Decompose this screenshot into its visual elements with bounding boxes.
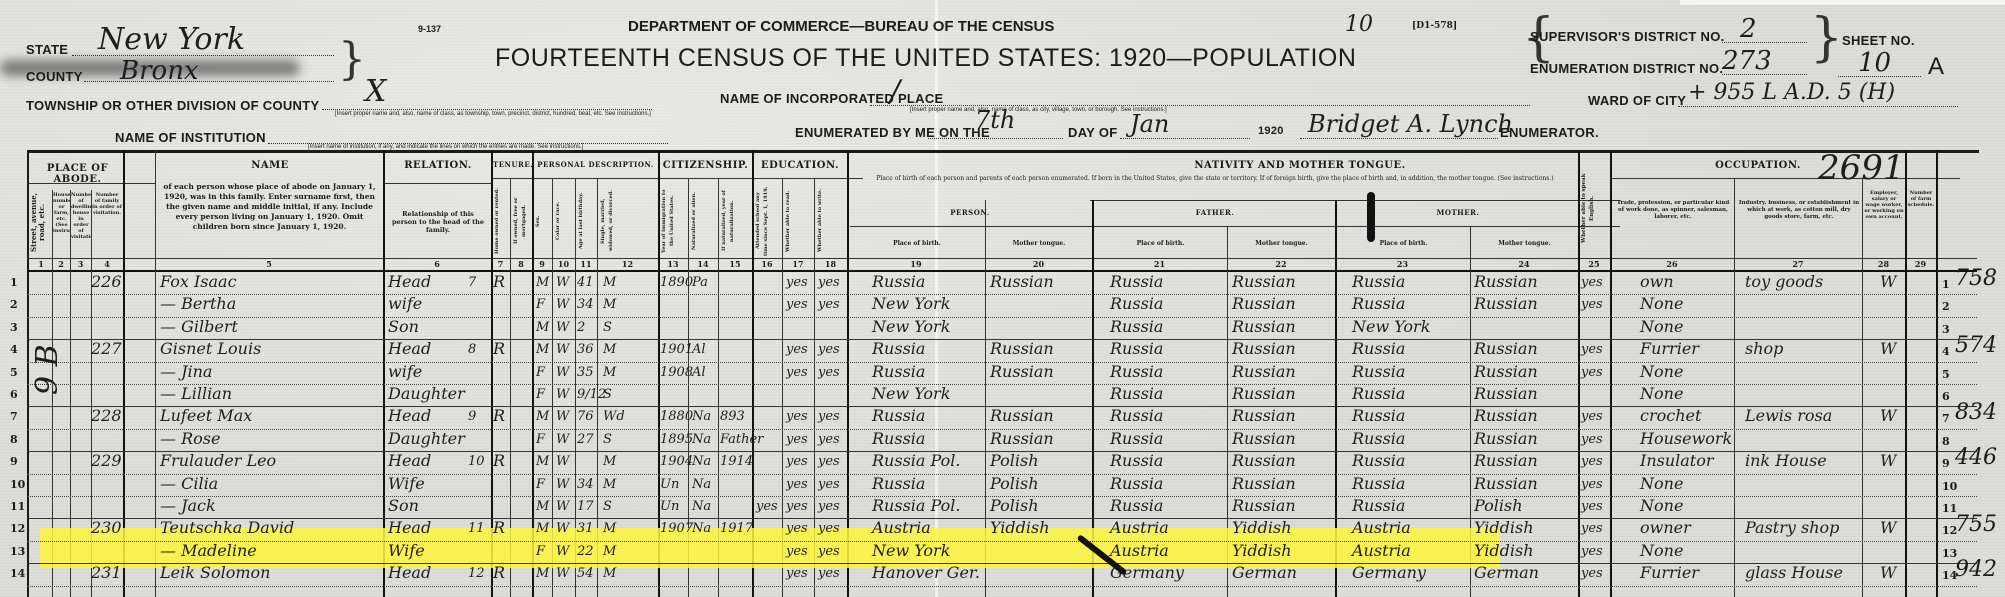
page-title: FOURTEENTH CENSUS OF THE UNITED STATES: … — [495, 44, 1356, 73]
state-label: STATE — [26, 42, 68, 57]
line-number: 2 — [10, 298, 18, 311]
father-mother-tongue: Russian — [1232, 294, 1296, 313]
col-12-header: Single, married, widowed, or divorced. — [599, 186, 655, 256]
mother-tongue: Russian — [990, 272, 1054, 291]
mother-birthplace: Russia — [1352, 294, 1405, 313]
line-number: 14 — [10, 567, 25, 580]
col-num: 7 — [491, 259, 510, 269]
col-num: 29 — [1905, 259, 1936, 269]
occupation-trade: Housework — [1640, 429, 1732, 448]
birthplace: Russia — [872, 474, 925, 493]
township-label: TOWNSHIP OR OTHER DIVISION OF COUNTY — [26, 98, 319, 113]
person-name: Fox Isaac — [160, 272, 237, 291]
father-birthplace: Austria — [1110, 541, 1169, 560]
col-num: 27 — [1734, 259, 1862, 269]
father-mother-tongue: Russian — [1232, 451, 1296, 470]
age: 76 — [577, 409, 594, 424]
race: W — [556, 432, 569, 447]
enumerated-year: 1920 — [1258, 125, 1284, 137]
nativity-sub-rule — [850, 226, 1620, 227]
ink-blot — [1367, 192, 1375, 242]
sex: F — [536, 432, 545, 447]
col-num: 16 — [752, 259, 782, 269]
marital-status: M — [603, 544, 616, 559]
can-write: yes — [818, 432, 840, 447]
mother-birthplace: Russia — [1352, 429, 1405, 448]
naturalization-status: Na — [692, 454, 711, 469]
can-read: yes — [786, 297, 808, 312]
mother-tongue: Russian — [990, 362, 1054, 381]
can-write: yes — [818, 297, 840, 312]
father-mother-tongue: Russian — [1232, 317, 1296, 336]
relation-mark: 9 — [468, 409, 476, 424]
can-write: yes — [818, 454, 840, 469]
form-number: 9-137 — [418, 24, 441, 34]
col-num: 20 — [985, 259, 1092, 269]
occupation-trade: owner — [1640, 518, 1691, 537]
mother-mother-tongue: Yiddish — [1474, 518, 1534, 537]
mother-tongue: Polish — [990, 496, 1039, 515]
line-number: 10 — [10, 478, 25, 491]
line-number: 12 — [10, 522, 25, 535]
worker-class: W — [1880, 339, 1896, 358]
age: 9/12 — [577, 387, 606, 402]
line-number: 8 — [10, 433, 18, 446]
ward-label: WARD OF CITY — [1588, 93, 1686, 108]
col-num: 19 — [847, 259, 985, 269]
scan-edge — [1680, 0, 2005, 5]
speaks-english: yes — [1581, 297, 1603, 312]
marital-status: M — [603, 342, 616, 357]
occupation-trade: None — [1640, 541, 1683, 560]
birthplace: Russia Pol. — [872, 496, 960, 515]
row-rule — [27, 384, 1977, 385]
occupation-trade: None — [1640, 474, 1683, 493]
col-num: 6 — [383, 259, 491, 269]
form-code: [D1-578] — [1412, 21, 1457, 31]
race: W — [556, 275, 569, 290]
relation: Head — [388, 518, 431, 537]
section-person: PERSON. — [850, 208, 1090, 217]
right-line-number: 6 — [1942, 390, 1950, 403]
line-number: 13 — [10, 545, 25, 558]
age: 27 — [577, 432, 594, 447]
col-11-header: Age at last birthday. — [577, 186, 595, 256]
col-10-header: Color or race. — [554, 186, 574, 256]
relation: Head — [388, 451, 431, 470]
father-birthplace: Russia — [1110, 451, 1163, 470]
naturalization-status: Na — [692, 432, 711, 447]
mother-tongue: Russian — [990, 429, 1054, 448]
birthplace: Russia — [872, 362, 925, 381]
can-read: yes — [786, 454, 808, 469]
mother-birthplace: Russia — [1352, 474, 1405, 493]
mother-mother-tongue: Russian — [1474, 474, 1538, 493]
can-read: yes — [786, 521, 808, 536]
col-num: 13 — [658, 259, 688, 269]
person-name: Leik Solomon — [160, 563, 270, 582]
section-citizenship: CITIZENSHIP. — [660, 160, 751, 171]
tenure: R — [493, 272, 505, 291]
father-birthplace: Austria — [1110, 518, 1169, 537]
sex: M — [536, 521, 549, 536]
race: W — [556, 342, 569, 357]
mother-mother-tongue: Russian — [1474, 362, 1538, 381]
birthplace: Russia — [872, 339, 925, 358]
birthplace: Hanover Ger. — [872, 563, 980, 582]
marital-status: S — [603, 387, 612, 402]
can-write: yes — [818, 342, 840, 357]
margin-number: 758 — [1955, 266, 1997, 291]
mother-birthplace: Russia — [1352, 339, 1405, 358]
district-brace-right: } — [1810, 8, 1843, 68]
sex: M — [536, 409, 549, 424]
enumerator-line — [1300, 137, 1498, 139]
person-name: Lufeet Max — [160, 406, 252, 425]
tenure: R — [493, 339, 505, 358]
mother-tongue: Polish — [990, 474, 1039, 493]
col-3-header: Number of dwelling house in order of vis… — [71, 192, 91, 256]
speaks-english: yes — [1581, 477, 1603, 492]
father-mother-tongue: German — [1232, 563, 1297, 582]
father-mother-tongue: Russian — [1232, 496, 1296, 515]
naturalization-year: 1917 — [720, 521, 753, 536]
county-value: Bronx — [120, 56, 199, 86]
relation: Head — [388, 272, 431, 291]
relation-mark: 12 — [468, 566, 485, 581]
stamp-number: 2691 — [1818, 148, 1905, 188]
sheet-value: 10 — [1858, 48, 1891, 78]
person-name: — Rose — [160, 429, 220, 448]
mother-mother-tongue: German — [1474, 563, 1539, 582]
speaks-english: yes — [1581, 275, 1603, 290]
col-num: 18 — [814, 259, 847, 269]
occupation-trade: None — [1640, 362, 1683, 381]
right-line-number: 1 — [1942, 278, 1950, 291]
relation: Wife — [388, 474, 425, 493]
col-6-header: Relationship of this person to the head … — [390, 210, 486, 250]
father-mother-tongue: Russian — [1232, 384, 1296, 403]
relation-mark: 10 — [468, 454, 485, 469]
father-birthplace: Russia — [1110, 496, 1163, 515]
township-hint: [Insert proper name and, also, name of c… — [335, 111, 651, 117]
father-mother-tongue: Yiddish — [1232, 541, 1292, 560]
section-place-of-abode: PLACE OF ABODE. — [30, 163, 125, 185]
relation: Daughter — [388, 384, 465, 403]
worker-class: W — [1880, 272, 1896, 291]
mother-birthplace: Russia — [1352, 384, 1405, 403]
relation: Daughter — [388, 429, 465, 448]
occupation-section-rule — [1610, 178, 1960, 179]
col-14-header: Naturalized or alien. — [690, 186, 716, 256]
mother-tongue: Polish — [990, 451, 1039, 470]
occupation-trade: Furrier — [1640, 339, 1699, 358]
col-27-header: Industry, business, or establishment in … — [1738, 200, 1860, 240]
supervisor-district-line — [1722, 41, 1807, 43]
race: W — [556, 454, 569, 469]
margin-number: 755 — [1955, 512, 1997, 537]
occupation-industry: toy goods — [1745, 272, 1823, 291]
race: W — [556, 409, 569, 424]
occupation-industry: shop — [1745, 339, 1783, 358]
speaks-english: yes — [1581, 521, 1603, 536]
naturalization-status: Na — [692, 409, 711, 424]
col-15-header: If naturalized, year of naturalization. — [720, 186, 750, 256]
col-5-header: of each person whose place of abode on J… — [162, 182, 377, 256]
section-name: NAME — [158, 160, 382, 171]
col-num: 25 — [1578, 259, 1610, 269]
col-num: 10 — [552, 259, 575, 269]
township-value: X — [365, 74, 386, 109]
sex: F — [536, 297, 545, 312]
col-2-header: House number or farm, etc. (See instruct… — [53, 192, 70, 256]
col-26-header: Trade, profession, or particular kind of… — [1614, 200, 1732, 240]
immigration-year: 1890 — [660, 275, 693, 290]
mother-mother-tongue: Russian — [1474, 451, 1538, 470]
col-18-header: Whether able to write. — [816, 186, 845, 256]
can-read: yes — [786, 342, 808, 357]
speaks-english: yes — [1581, 499, 1603, 514]
marital-status: M — [603, 454, 616, 469]
age: 35 — [577, 365, 594, 380]
section-father: FATHER. — [1095, 208, 1335, 217]
enumerated-day-line — [928, 137, 1063, 139]
speaks-english: yes — [1581, 342, 1603, 357]
enumeration-district-label: ENUMERATION DISTRICT NO. — [1530, 61, 1723, 76]
relation-mark: 8 — [468, 342, 476, 357]
marital-status: S — [603, 432, 612, 447]
father-birthplace: Russia — [1110, 406, 1163, 425]
immigration-year: 1908 — [660, 365, 693, 380]
occupation-industry: glass House — [1745, 563, 1843, 582]
speaks-english: yes — [1581, 454, 1603, 469]
birthplace: New York — [872, 294, 950, 313]
worker-class: W — [1880, 563, 1896, 582]
race: W — [556, 297, 569, 312]
age: 22 — [577, 544, 594, 559]
col-8-header: If owned, free or mortgaged. — [512, 186, 530, 256]
section-tenure: TENURE. — [493, 160, 531, 169]
col-25-header: Whether able to speak English. — [1580, 160, 1609, 256]
census-page-scan: 9-137 DEPARTMENT OF COMMERCE—BUREAU OF T… — [0, 0, 2005, 597]
section-relation: RELATION. — [386, 160, 490, 171]
right-line-number: 2 — [1942, 300, 1950, 313]
mother-mother-tongue: Polish — [1474, 496, 1523, 515]
father-mother-tongue: Russian — [1232, 474, 1296, 493]
can-write: yes — [818, 566, 840, 581]
col-24-header: Mother tongue. — [1472, 240, 1577, 248]
col-num: 3 — [70, 259, 91, 269]
right-line-number: 10 — [1942, 480, 1957, 493]
mother-mother-tongue: Russian — [1474, 294, 1538, 313]
tenure: R — [493, 451, 505, 470]
can-read: yes — [786, 432, 808, 447]
occupation-trade: None — [1640, 294, 1683, 313]
col-num: 8 — [510, 259, 532, 269]
nativity-section-rule — [1090, 200, 1620, 201]
immigration-year: 1895 — [660, 432, 693, 447]
immigration-year: 1904 — [660, 454, 693, 469]
enumerator-name: Bridget A. Lynch — [1308, 110, 1513, 138]
township-line — [322, 108, 652, 110]
mother-mother-tongue: Russian — [1474, 339, 1538, 358]
attended-school: yes — [756, 499, 778, 514]
birthplace: New York — [872, 317, 950, 336]
speaks-english: yes — [1581, 432, 1603, 447]
naturalization-status: Pa — [692, 275, 708, 290]
occupation-industry: ink House — [1745, 451, 1827, 470]
col-16-header: Attended school any time since Sept. 1, … — [754, 186, 780, 256]
birthplace: Austria — [872, 518, 931, 537]
father-birthplace: Russia — [1110, 384, 1163, 403]
mother-tongue: Russian — [990, 406, 1054, 425]
father-birthplace: Russia — [1110, 294, 1163, 313]
immigration-year: Un — [660, 499, 679, 514]
state-county-brace: } — [338, 38, 366, 82]
father-mother-tongue: Russian — [1232, 429, 1296, 448]
page-mark: 10 — [1345, 12, 1373, 37]
line-number: 6 — [10, 388, 18, 401]
sheet-letter: A — [1928, 53, 1944, 81]
family-number: 230 — [91, 518, 122, 537]
relation-section-rule — [383, 183, 491, 184]
col-num: 28 — [1862, 259, 1905, 269]
naturalization-year: 893 — [720, 409, 745, 424]
tenure: R — [493, 518, 505, 537]
naturalization-year: Father — [720, 432, 763, 447]
race: W — [556, 477, 569, 492]
nativity-instructions: Place of birth of each person and parent… — [855, 175, 1575, 183]
birthplace: Russia Pol. — [872, 451, 960, 470]
mother-birthplace: Germany — [1352, 563, 1426, 582]
birthplace: Russia — [872, 406, 925, 425]
can-read: yes — [786, 499, 808, 514]
sex: M — [536, 275, 549, 290]
father-mother-tongue: Russian — [1232, 406, 1296, 425]
mother-mother-tongue: Russian — [1474, 272, 1538, 291]
birthplace: New York — [872, 384, 950, 403]
col-4-header: Number of family in order of visitation. — [92, 192, 122, 256]
mother-birthplace: Russia — [1352, 362, 1405, 381]
person-name: — Gilbert — [160, 317, 238, 336]
person-name: Gisnet Louis — [160, 339, 261, 358]
mother-mother-tongue: Russian — [1474, 429, 1538, 448]
speaks-english: yes — [1581, 544, 1603, 559]
mother-birthplace: Austria — [1352, 541, 1411, 560]
father-birthplace: Russia — [1110, 474, 1163, 493]
col-line — [1610, 150, 1612, 597]
line-number: 11 — [10, 500, 25, 513]
can-write: yes — [818, 499, 840, 514]
col-13-header: Year of immigration to the United States… — [660, 186, 686, 256]
col-23-header: Place of birth. — [1338, 240, 1469, 248]
race: W — [556, 387, 569, 402]
col-num: 14 — [688, 259, 718, 269]
father-birthplace: Russia — [1110, 272, 1163, 291]
mother-mother-tongue: Russian — [1474, 384, 1538, 403]
day-of-label: DAY OF — [1068, 125, 1117, 140]
can-write: yes — [818, 365, 840, 380]
col-line — [1862, 178, 1863, 597]
sex: F — [536, 387, 545, 402]
can-read: yes — [786, 409, 808, 424]
occupation-trade: None — [1640, 317, 1683, 336]
age: 34 — [577, 297, 594, 312]
incorporated-place-hint: [Insert proper name and, also, name of c… — [910, 107, 1167, 113]
race: W — [556, 521, 569, 536]
sex: M — [536, 499, 549, 514]
ward-line — [1678, 105, 1958, 107]
sex: F — [536, 544, 545, 559]
sex: M — [536, 454, 549, 469]
col-29-header: Number of farm schedule. — [1907, 190, 1935, 256]
immigration-year: Un — [660, 477, 679, 492]
can-read: yes — [786, 477, 808, 492]
section-personal-description: PERSONAL DESCRIPTION. — [534, 160, 657, 169]
birthplace: Russia — [872, 429, 925, 448]
col-7-header: Home owned or rented. — [493, 186, 509, 256]
person-name: — Jina — [160, 362, 212, 381]
mother-birthplace: Russia — [1352, 496, 1405, 515]
immigration-year: 1880 — [660, 409, 693, 424]
age: 31 — [577, 521, 594, 536]
race: W — [556, 499, 569, 514]
can-write: yes — [818, 275, 840, 290]
can-read: yes — [786, 365, 808, 380]
section-nativity: NATIVITY AND MOTHER TONGUE. — [1100, 160, 1500, 171]
enumeration-district-value: 273 — [1722, 46, 1772, 76]
col-line — [1936, 150, 1938, 597]
speaks-english: yes — [1581, 566, 1603, 581]
marital-status: M — [603, 477, 616, 492]
col-1-header: Street, avenue, road, etc. — [30, 190, 50, 255]
father-birthplace: Russia — [1110, 362, 1163, 381]
can-write: yes — [818, 409, 840, 424]
naturalization-year: 1914 — [720, 454, 753, 469]
person-name: Teutschka David — [160, 518, 294, 537]
can-read: yes — [786, 566, 808, 581]
age: 36 — [577, 342, 594, 357]
line-number: 4 — [10, 343, 18, 356]
family-number: 229 — [91, 451, 122, 470]
section-education: EDUCATION. — [754, 160, 846, 171]
worker-class: W — [1880, 451, 1896, 470]
col-20-header: Mother tongue. — [987, 240, 1091, 248]
col-17-header: Whether able to read. — [784, 186, 812, 256]
sex: F — [536, 477, 545, 492]
right-line-number: 8 — [1942, 435, 1950, 448]
birthplace: New York — [872, 541, 950, 560]
age: 17 — [577, 499, 594, 514]
marital-status: M — [603, 521, 616, 536]
col-num: 2 — [52, 259, 70, 269]
mother-birthplace: Russia — [1352, 451, 1405, 470]
naturalization-status: Na — [692, 477, 711, 492]
col-num: 24 — [1470, 259, 1578, 269]
enumerated-day: 7th — [975, 106, 1015, 134]
immigration-year: 1907 — [660, 521, 693, 536]
marital-status: M — [603, 297, 616, 312]
tenure: R — [493, 563, 505, 582]
enumerated-month: Jan — [1130, 110, 1169, 138]
col-num: 23 — [1335, 259, 1470, 269]
col-line — [1734, 178, 1735, 597]
naturalization-status: Na — [692, 521, 711, 536]
can-write: yes — [818, 521, 840, 536]
department-heading: DEPARTMENT OF COMMERCE—BUREAU OF THE CEN… — [628, 18, 1054, 35]
family-number: 231 — [91, 563, 122, 582]
relation-mark: 7 — [468, 275, 476, 290]
